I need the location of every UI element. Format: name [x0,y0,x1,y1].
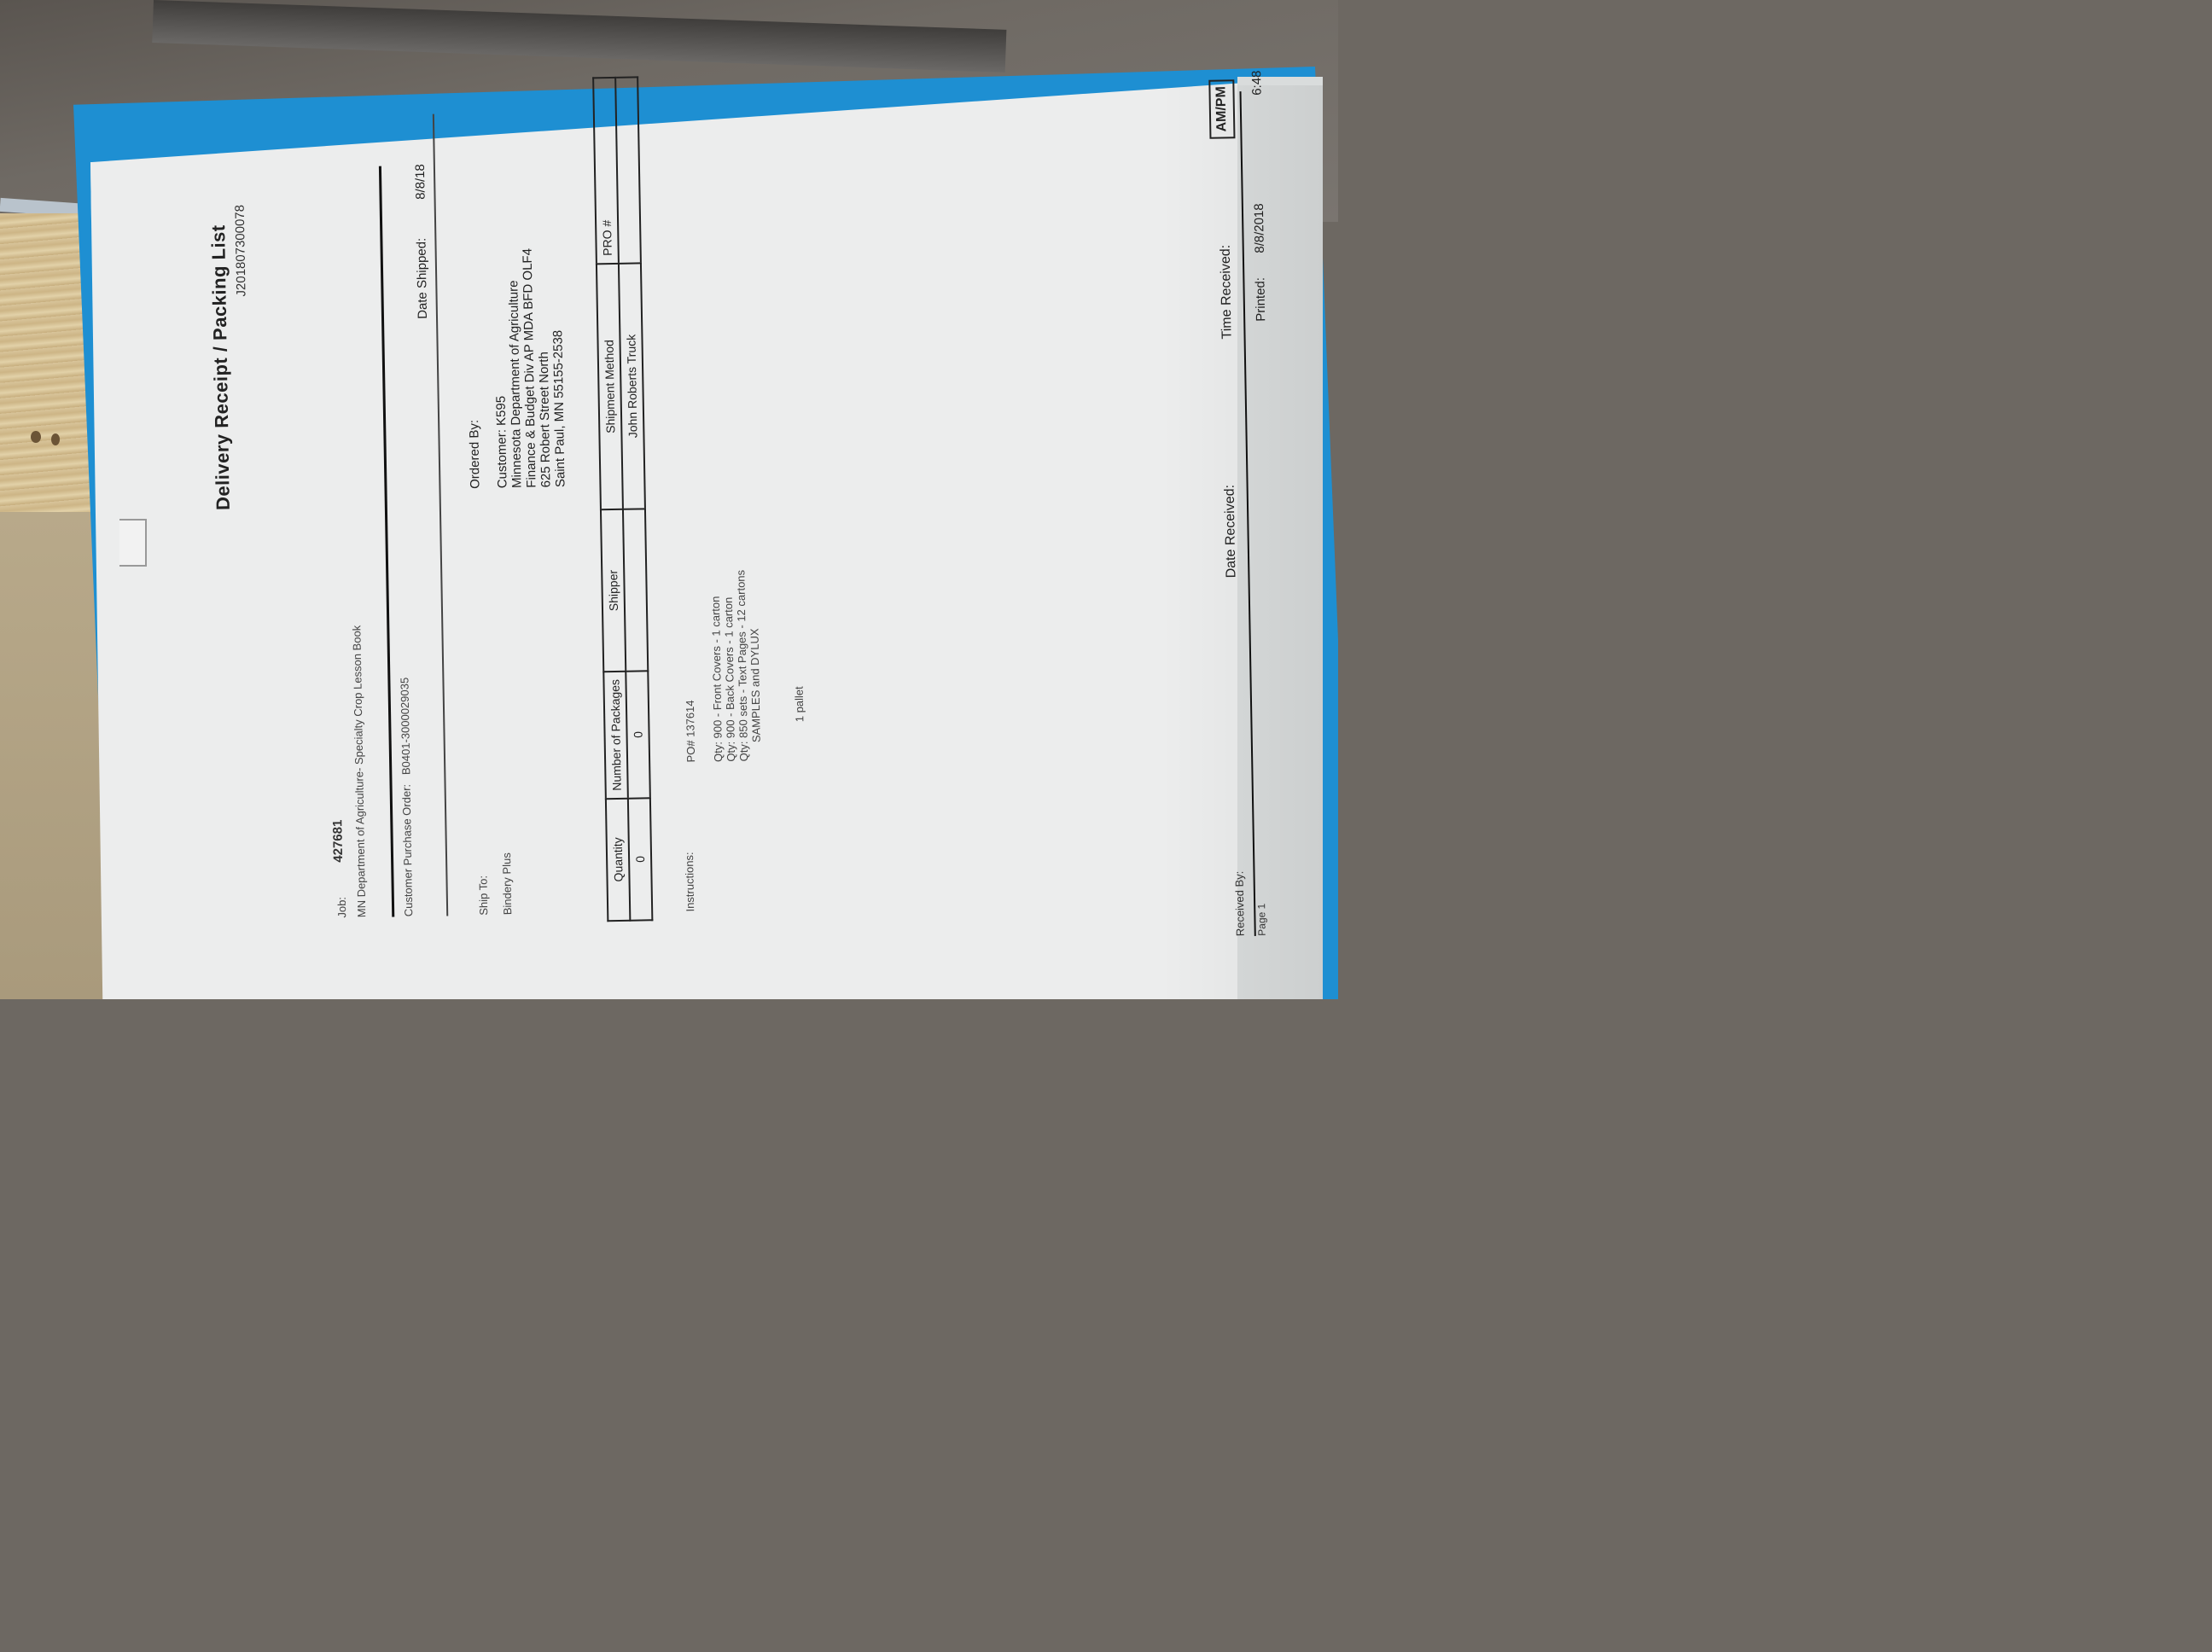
header-shipper: Shipper [601,509,626,672]
printed-label: Printed: [1253,277,1268,322]
ordered-by-address: Customer: K595 Minnesota Department of A… [492,247,568,488]
header-quantity: Quantity [606,799,630,922]
cell-packages: 0 [626,671,650,798]
instruction-line: SAMPLES and DYLUX [747,570,763,762]
customer-po-value: B0401-3000029035 [398,678,412,775]
ordered-by-label: Ordered By: [467,420,482,489]
cell-quantity: 0 [628,798,652,921]
am-pm-box: AM/PM [1208,79,1235,139]
wood-knot [31,431,41,443]
wood-knot [51,433,60,445]
ship-to-label: Ship To: [476,875,490,916]
document-title: Delivery Receipt / Packing List [207,224,235,510]
job-description: MN Department of Agriculture- Specialty … [351,593,369,917]
document-content: Delivery Receipt / Packing List J2018073… [113,67,1220,956]
cell-shipper [623,509,648,671]
document-number: J201807300078 [233,205,249,297]
ordered-by-line: Saint Paul, MN 55155-2538 [550,247,568,487]
cell-shipment-method: John Roberts Truck [619,263,645,509]
date-shipped-value: 8/8/18 [413,164,428,200]
customer-po: Customer Purchase Order: B0401-300002903… [398,678,415,917]
customer-po-label: Customer Purchase Order: [400,784,416,917]
job-number: 427681 [330,819,346,862]
instructions-label: Instructions: [683,852,696,911]
header-pro-number: PRO # [593,78,619,264]
divider [433,114,448,916]
job-label: Job: [335,897,348,918]
shipment-table: Quantity Number of Packages Shipper Ship… [592,76,653,922]
printed-time: 6:48 [1249,70,1265,95]
instructions-po-number: PO# 137614 [684,700,697,762]
divider-thick [379,166,394,917]
pallet-count: 1 pallet [793,686,806,722]
date-shipped-label: Date Shipped: [414,238,430,319]
cell-pro-number [615,77,641,263]
time-received-label: Time Received: [1219,245,1236,340]
printed-date: 8/8/2018 [1252,203,1267,253]
header-number-of-packages: Number of Packages [603,672,628,799]
received-by-label: Received By: [1232,871,1246,937]
ship-to-value: Bindery Plus [500,852,514,915]
instructions-lines: Qty: 900 - Front Covers - 1 carton Qty: … [708,570,763,762]
date-received-label: Date Received: [1223,485,1240,579]
page-number: Page 1 [1255,904,1268,936]
